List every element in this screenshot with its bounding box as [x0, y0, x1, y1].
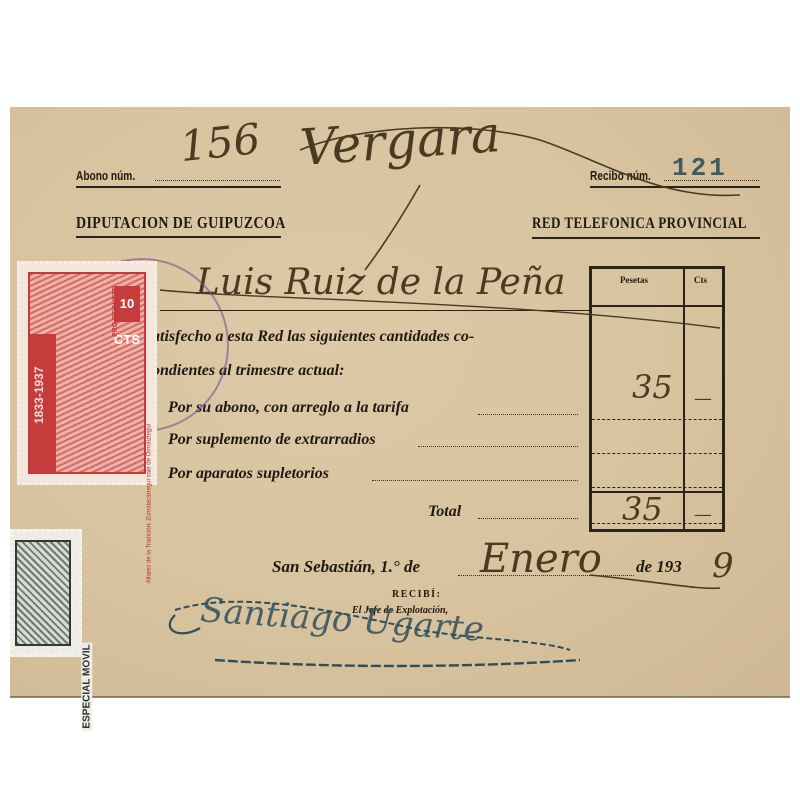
- item-supletorios-dots: [372, 480, 578, 481]
- amount-total-pesetas: 35: [622, 490, 663, 528]
- date-year-prefix: de 193: [636, 557, 682, 577]
- recibo-number: 121: [672, 153, 728, 183]
- item-supletorios-label: Por aparatos supletorios: [168, 465, 329, 483]
- stamp-design: 1833-1937 10 CTS PRO REQUETE Altares de …: [28, 272, 146, 474]
- stamp-design: [15, 540, 71, 646]
- date-place-prefix: San Sebastián, 1.° de: [272, 557, 420, 577]
- row-3-rule: [592, 487, 722, 488]
- stamp-pro-requete: PRO REQUETE: [112, 286, 119, 337]
- recibo-label: Recibo núm.: [590, 168, 651, 183]
- amount-total-cts: —: [694, 504, 712, 525]
- stamp-especial-movil-label: ESPECIAL MOVIL: [81, 642, 92, 730]
- item-abono-dots: [478, 414, 578, 415]
- abono-rule: [76, 186, 281, 188]
- issuer-left: DIPUTACION DE GUIPUZCOA: [76, 213, 286, 233]
- payer-name-handwritten: Luis Ruiz de la Peña: [196, 262, 566, 303]
- total-dots: [478, 518, 578, 519]
- payer-rule: [160, 310, 590, 311]
- date-year-suffix-handwritten: 9: [712, 546, 734, 586]
- header-rule: [592, 305, 722, 307]
- stamp-years: 1833-1937: [32, 367, 46, 424]
- item-extrarradios-label: Por suplemento de extrarradios: [168, 431, 376, 449]
- red-pro-requete-stamp: 1833-1937 10 CTS PRO REQUETE Altares de …: [17, 261, 157, 485]
- green-especial-movil-stamp: ESPECIAL MOVIL: [10, 529, 82, 657]
- issuer-right: RED TELEFONICA PROVINCIAL: [532, 215, 747, 233]
- abono-number-handwritten: 156: [178, 114, 263, 171]
- amount-abono-pesetas: 35: [632, 368, 673, 406]
- recibo-rule: [590, 186, 760, 188]
- date-month-handwritten: Enero: [480, 536, 602, 582]
- item-extrarradios-dots: [418, 446, 578, 447]
- amount-abono-cts: —: [694, 388, 712, 409]
- recibi-label: RECIBÍ:: [392, 589, 441, 600]
- abono-label: Abono núm.: [76, 168, 135, 183]
- header-pesetas: Pesetas: [620, 275, 648, 285]
- stamp-caption: Altares de la Tradición: Zumalacárregui …: [146, 424, 152, 583]
- row-1-rule: [592, 419, 722, 420]
- issuer-left-rule: [76, 236, 281, 238]
- header-cts: Cts: [694, 275, 707, 285]
- column-divider: [683, 269, 685, 529]
- row-2-rule: [592, 453, 722, 454]
- abono-dotted-line: [155, 180, 280, 181]
- total-label: Total: [428, 503, 461, 521]
- issuer-right-rule: [532, 237, 760, 239]
